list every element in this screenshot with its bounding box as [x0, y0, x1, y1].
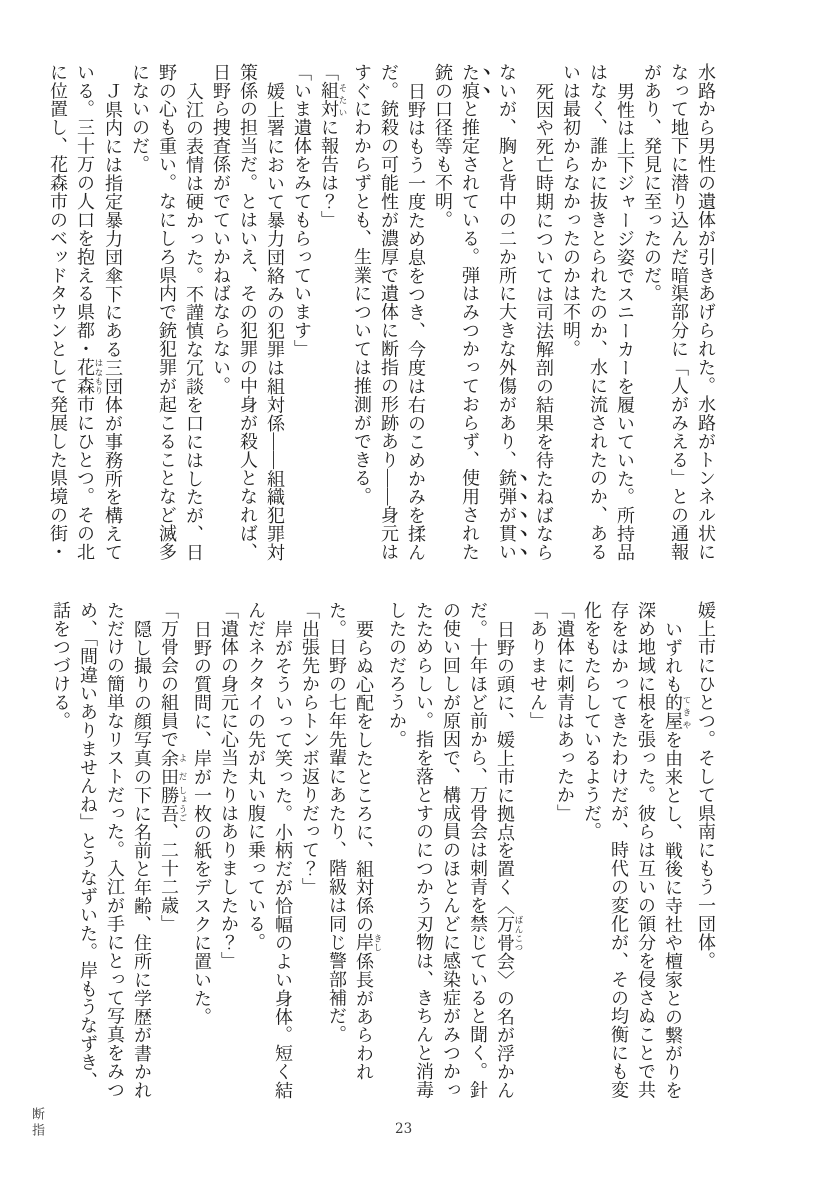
paragraph: 隠し撮りの顔写真の下に名前と年齢、住所に学歴が書かれただけの簡単なリストだった。…: [47, 601, 155, 1100]
paragraph: 日野の頭に、媛上市に拠点を置く〈万骨ばんこつ会〉の名が浮かんだ。十年ほど前から、…: [383, 601, 524, 1100]
paragraph: 死因や死亡時期については司法解剖の結果を待たねばならないが、胸と背中の二か所に大…: [429, 63, 557, 562]
paragraph: 日野の質問に、岸が一枚の紙をデスクに置いた。: [188, 601, 215, 1100]
ruby-annotated-word: 万骨ばんこつ: [495, 915, 515, 952]
paragraph: 「組対そたいに報告は？」: [315, 63, 348, 562]
paragraph: 媛上市にひとつ。そして県南にもう一団体。: [692, 601, 719, 1100]
paragraph: 要らぬ心配をしたところに、組対係の岸きし係長があらわれた。日野の七年先輩にあたり…: [323, 601, 383, 1100]
ruby-annotated-word: 組対そたい: [319, 81, 339, 118]
emphasis-dotted-text: 銃弾が貫いた痕: [460, 63, 517, 561]
paragraph: 水路から男性の遺体が引きあげられた。水路がトンネル状になって地下に潜り込んだ暗渠…: [638, 63, 719, 562]
paragraph: 入江の表情は硬かった。不謹慎な冗談を口にはしたが、日野の心も重い。なにしろ県内で…: [126, 63, 207, 562]
lower-text-block: 媛上市にひとつ。そして県南にもう一団体。いずれも的屋てきやを由来とし、戦後に寺社…: [67, 601, 719, 1100]
ruby-annotated-word: 勝吾しょうご: [159, 786, 179, 823]
paragraph: 日野はもう一度ため息をつき、今度は右のこめかみを揉んだ。銃殺の可能性が濃厚で遺体…: [348, 63, 429, 562]
paragraph: 「万骨会の組員で余田よだ勝吾しょうご、二十二歳」: [155, 601, 188, 1100]
paragraph: 「出張先からトンボ返りだって？」: [296, 601, 323, 1100]
paragraph: 「遺体に刺青はあったか」: [551, 601, 578, 1100]
upper-text-block: 水路から男性の遺体が引きあげられた。水路がトンネル状になって地下に潜り込んだ暗渠…: [67, 63, 719, 562]
paragraph: 「遺体の身元に心当たりはありましたか？」: [215, 601, 242, 1100]
ruby-annotated-word: 岸きし: [354, 933, 374, 951]
paragraph: いずれも的屋てきやを由来とし、戦後に寺社や檀家との繋がりを深め地域に根を張った。…: [578, 601, 692, 1100]
paragraph: Ｊ県内には指定暴力団傘下にある三団体が事務所を構えている。三十万の人口を抱える県…: [44, 63, 126, 562]
ruby-annotated-word: 的屋てきや: [663, 693, 683, 730]
paragraph: 「ありません」: [524, 601, 551, 1100]
book-page: 水路から男性の遺体が引きあげられた。水路がトンネル状になって地下に潜り込んだ暗渠…: [0, 0, 820, 1180]
running-title: 断指: [28, 1107, 47, 1139]
paragraph: 岸がそういって笑った。小柄だが恰幅のよい身体。短く結んだネクタイの先が丸い腹に乗…: [242, 601, 296, 1100]
paragraph: 「いま遺体をみてもらっています」: [288, 63, 315, 562]
ruby-annotated-word: 余田よだ: [159, 749, 179, 786]
paragraph: 男性は上下ジャージ姿でスニーカーを履いていた。所持品はなく、誰かに抜きとられたの…: [557, 63, 638, 562]
paragraph: 媛上署において暴力団絡みの犯罪は組対係——組織犯罪対策係の担当だ。とはいえ、その…: [207, 63, 288, 562]
ruby-annotated-word: 花森はなもり: [75, 358, 95, 395]
page-number: 23: [395, 1121, 412, 1137]
